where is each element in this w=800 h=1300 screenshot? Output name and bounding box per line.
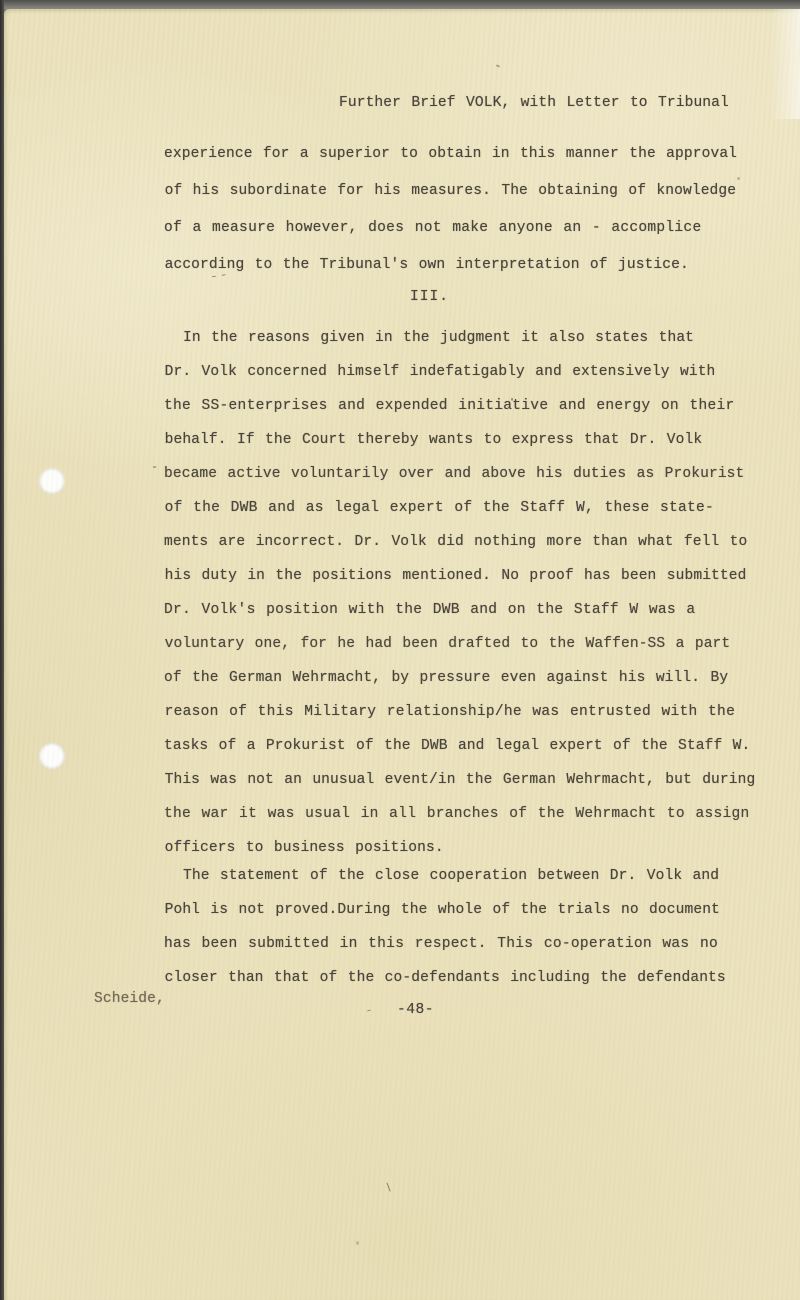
text-line: of his subordinate for his measures. The… (165, 173, 738, 210)
document-header: Further Brief VOLK, with Letter to Tribu… (339, 95, 729, 111)
text-line: Dr. Volk's position with the DWB and on … (164, 593, 755, 627)
paper-speck (356, 1241, 359, 1245)
margin-dash-mark: - (151, 460, 158, 474)
page-corner-highlight (770, 9, 800, 119)
text-line: the war it was usual in all branches of … (164, 797, 755, 831)
text-line: according to the Tribunal's own interpre… (165, 247, 738, 284)
paper-speck (496, 64, 500, 68)
punch-hole-top (39, 468, 65, 494)
section-heading: III. (410, 289, 449, 305)
text-line: of the DWB and as legal expert of the St… (165, 491, 756, 525)
text-line: has been submitted in this respect. This… (164, 927, 725, 961)
text-line: his duty in the positions mentioned. No … (165, 559, 756, 593)
text-line: of the German Wehrmacht, by pressure eve… (164, 661, 755, 695)
scan-edge-top (0, 0, 800, 9)
punch-hole-bottom (39, 743, 65, 769)
text-line: This was not an unusual event/in the Ger… (165, 763, 756, 797)
text-line: closer than that of the co-defendants in… (165, 961, 726, 995)
text-line: the SS-enterprises and expended initia̍t… (164, 389, 755, 423)
pencil-tick-mark: - (363, 1002, 375, 1019)
text-line: reason of this Military relationship/he … (165, 695, 756, 729)
text-line: tasks of a Prokurist of the DWB and lega… (164, 729, 755, 763)
page-number: -48- (397, 1002, 434, 1018)
document-page: Further Brief VOLK, with Letter to Tribu… (4, 9, 800, 1300)
text-line: The statement of the close cooperation b… (164, 859, 725, 893)
paper-speck (737, 177, 740, 180)
text-line: Pohl is not proved.During the whole of t… (165, 893, 726, 927)
stray-pencil-mark: \ (384, 1183, 392, 1196)
text-line: experience for a superior to obtain in t… (164, 136, 737, 173)
text-line: of a measure however, does not make anyo… (164, 210, 737, 247)
paragraph-3: The statement of the close cooperation b… (164, 859, 725, 995)
paragraph-2: In the reasons given in the judgment it … (164, 321, 755, 865)
text-line: voluntary one, for he had been drafted t… (165, 627, 756, 661)
text-line: Dr. Volk concerned himself indefatigably… (165, 355, 756, 389)
text-line: became active voluntarily over and above… (164, 457, 755, 491)
text-line: In the reasons given in the judgment it … (164, 321, 755, 355)
text-line: ments are incorrect. Dr. Volk did nothin… (164, 525, 755, 559)
paragraph-1: experience for a superior to obtain in t… (164, 136, 737, 284)
faded-signature-line: Scheide, (94, 991, 165, 1007)
text-line: behalf. If the Court thereby wants to ex… (165, 423, 756, 457)
